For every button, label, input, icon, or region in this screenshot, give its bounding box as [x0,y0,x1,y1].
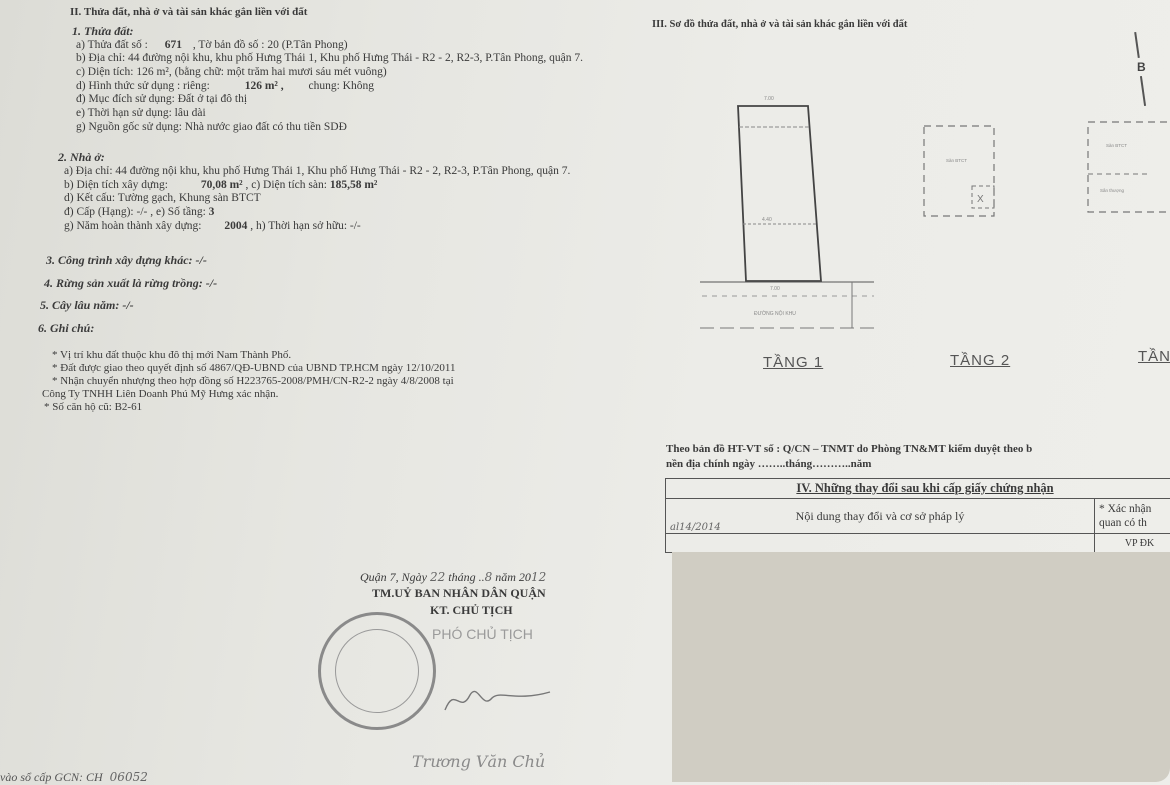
house-address: a) Địa chỉ: 44 đường nội khu, khu phố Hư… [64,165,570,178]
other-construction: 3. Công trình xây dựng khác: -/- [46,253,207,268]
house-class-line: đ) Cấp (Hạng): -/- , e) Số tầng: 3 [64,206,214,219]
svg-text:7.00: 7.00 [764,96,774,102]
redacted-area [672,552,1170,782]
land-area: c) Diện tích: 126 m², (bằng chữ: một tră… [76,66,387,79]
svg-text:X: X [977,194,984,205]
svg-text:Sàn BTCT: Sàn BTCT [1106,143,1127,148]
land-purpose: đ) Mục đích sử dụng: Đất ở tại đô thị [76,93,247,106]
signer-role-stamp: PHÓ CHỦ TỊCH [432,626,533,642]
svg-text:7.00: 7.00 [770,286,780,292]
confirmation-header: * Xác nhận quan có th [1095,499,1170,534]
floor-2-plan: X Sàn BTCT [910,116,1020,228]
section-4-title: IV. Những thay đổi sau khi cấp giấy chứn… [666,479,1170,499]
land-usage-form: d) Hình thức sử dụng : riêng: 126 m² , c… [76,80,374,93]
land-heading: 1. Thửa đất: [72,24,134,39]
office-stamp-partial: VP ĐK [1095,534,1170,553]
forest-line: 4. Rừng sản xuất là rừng trồng: -/- [44,276,217,291]
changes-row-empty [666,534,1095,553]
note-item: * Vị trí khu đất thuộc khu đô thị mới Na… [52,349,291,362]
house-year-line: g) Năm hoàn thành xây dựng: 2004 , h) Th… [64,220,361,233]
floor-3-plan: Sàn BTCT Sân thượng [1080,112,1170,222]
note-item: * Nhận chuyển nhượng theo hợp đồng số H2… [52,375,454,388]
signature-date: Quận 7, Ngày 22 tháng ..8 năm 2012 [360,570,546,585]
land-address: b) Địa chỉ: 44 đường nội khu, khu phố Hư… [76,52,583,65]
certificate-ref: vào sổ cấp GCN: CH 06052 [0,770,148,785]
signer-name: Trương Văn Chủ [412,752,545,771]
issuing-organization: TM.UỶ BAN NHÂN DÂN QUẬN [372,586,546,601]
floor-count: 3 [209,206,215,218]
floor-2-label: TẦNG 2 [950,352,1010,369]
north-arrow-line-bottom [1140,76,1146,106]
completion-year: 2004 [224,220,247,232]
map-reference-line-1: Theo bản đồ HT-VT số : Q/CN – TNMT do Ph… [666,443,1032,455]
section-3-title: III. Sơ đồ thửa đất, nhà ở và tài sản kh… [652,19,907,30]
floor-1-plan: ĐƯỜNG NỘI KHU 7.00 4.40 7.00 [690,90,890,350]
floor-1-label: TẦNG 1 [763,354,823,371]
handwritten-note: al14/2014 [670,522,721,533]
svg-text:Sàn BTCT: Sàn BTCT [946,158,967,163]
svg-text:ĐƯỜNG NỘI KHU: ĐƯỜNG NỘI KHU [754,310,796,317]
changes-table: IV. Những thay đổi sau khi cấp giấy chứn… [665,478,1170,553]
house-area-line: b) Diện tích xây dựng: 70,08 m² , c) Diệ… [64,179,377,192]
note-item: * Đất được giao theo quyết định số 4867/… [52,362,455,375]
note-item: * Số căn hộ cũ: B2-61 [44,401,142,414]
note-item: Công Ty TNHH Liên Doanh Phú Mỹ Hưng xác … [42,388,278,401]
signer-role: KT. CHỦ TỊCH [430,603,513,618]
house-heading: 2. Nhà ở: [58,150,105,165]
parcel-number: 671 [165,39,182,51]
signature-scribble-icon [440,680,560,720]
perennial-line: 5. Cây lâu năm: -/- [40,298,134,313]
map-reference-line-2: nền địa chính ngày ……..tháng………..năm [666,458,871,470]
land-origin: g) Nguồn gốc sử dụng: Nhà nước giao đất … [76,121,347,134]
official-seal-icon [318,612,436,730]
north-arrow-line-top [1134,32,1140,58]
land-term: e) Thời hạn sử dụng: lâu dài [76,107,206,120]
section-2-title: II. Thửa đất, nhà ở và tài sản khác gắn … [70,6,307,18]
land-parcel-line: a) Thửa đất số : 671 , Tờ bản đồ số : 20… [76,39,348,52]
built-area: 70,08 m² [201,179,243,191]
svg-text:4.40: 4.40 [762,217,772,223]
floor-area: 185,58 m² [330,179,378,191]
notes-heading: 6. Ghi chú: [38,321,94,336]
svg-text:Sân thượng: Sân thượng [1100,188,1124,193]
house-structure: d) Kết cấu: Tường gạch, Khung sàn BTCT [64,192,261,205]
floor-3-label: TẦN [1138,348,1170,365]
changes-content-header: Nội dung thay đổi và cơ sở pháp lý al14/… [666,499,1095,534]
north-arrow-label: B [1137,60,1146,74]
